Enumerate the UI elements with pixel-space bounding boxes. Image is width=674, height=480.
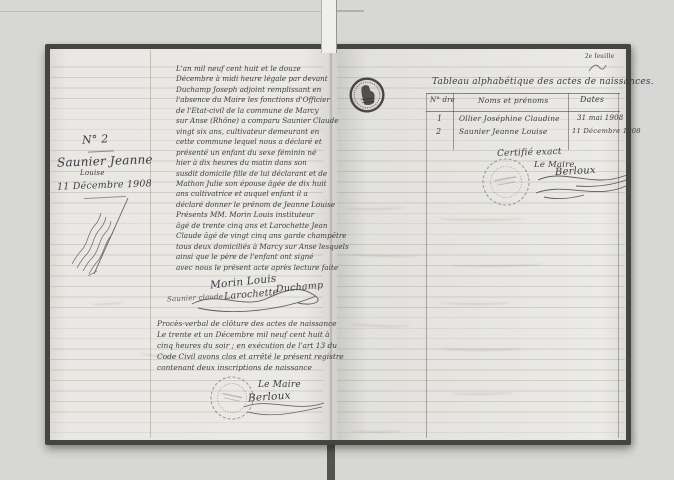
- margin-act-number: N° 2: [82, 132, 109, 146]
- acte-line: ainsi que le père de l'enfant ont signé: [176, 252, 349, 262]
- acte-line: Duchamp Joseph adjoint remplissant en: [176, 85, 349, 95]
- acte-line: hier à dix heures du matin dans son: [176, 158, 349, 168]
- sheet-paraph: [588, 62, 608, 73]
- scanner-seam-left: [0, 11, 322, 12]
- acte-line: susdit domicile fille de lui déclarant e…: [176, 169, 349, 179]
- mairie-stamp-left: [204, 370, 261, 427]
- proces-verbal-block: Procès-verbal de clôture des actes de na…: [157, 319, 344, 374]
- table-row1-date: 31 mai 1908: [577, 114, 623, 122]
- table-row1-name: Ollier Joséphine Claudine: [459, 114, 560, 123]
- acte-line: déclaré donner le prénom de Jeanne Louis…: [176, 200, 349, 210]
- acte-line: Mathon Julie son épouse âgée de dix huit: [176, 179, 349, 189]
- acte-line: âgé de trente cinq ans et Larochette Jea…: [176, 221, 349, 231]
- table-right-line: [618, 93, 619, 438]
- acte-line: vingt six ans, cultivateur demeurant en: [176, 127, 349, 137]
- acte-line: présenté un enfant du sexe féminin né: [176, 148, 349, 158]
- acte-line: ans cultivatrice et auquel enfant il a: [176, 189, 349, 199]
- scanner-seam-right: [336, 10, 364, 12]
- left-le-maire-label: Le Maire: [258, 380, 301, 390]
- table-header-line: [426, 111, 620, 112]
- table-row2-date: 11 Décembre 1908: [572, 127, 641, 135]
- table-row2-name: Saunier Jeanne Louise: [459, 127, 547, 136]
- acte-text-block: L'an mil neuf cent huit et le douze Déce…: [176, 64, 349, 273]
- table-header-num: N° dre: [430, 96, 455, 104]
- acte-line: cette commune lequel nous a déclaré et: [176, 137, 349, 147]
- spine-tab-bottom: [327, 444, 335, 480]
- bleed-mark: [440, 300, 510, 305]
- acte-line: sur Anse (Rhône) a comparu Saunier Claud…: [176, 116, 349, 126]
- acte-line: avec nous le présent acte après lecture …: [176, 263, 349, 273]
- table-row2-num: 2: [436, 127, 441, 136]
- table-top-line: [426, 93, 620, 94]
- acte-line: L'an mil neuf cent huit et le douze: [176, 64, 349, 74]
- acte-line: de l'Etat-civil de la commune de Marcy: [176, 106, 349, 116]
- acte-line: Présents MM. Morin Louis instituteur: [176, 210, 349, 220]
- pv-line: Procès-verbal de clôture des actes de na…: [157, 319, 344, 330]
- pv-line: Le trente et un Décembre mil neuf cent h…: [157, 330, 344, 341]
- acte-line: tous deux domiciliés à Marcy sur Anse le…: [176, 242, 349, 252]
- table-left-line: [426, 93, 427, 438]
- diagonal-margin-note: [58, 192, 144, 278]
- pv-line: contenant deux inscriptions de naissance: [157, 363, 344, 374]
- right-mayor-flourish: [534, 170, 632, 200]
- bleed-mark: [440, 216, 522, 221]
- bleed-mark: [442, 346, 522, 351]
- acte-line: Claude âgé de vingt cinq ans garde champ…: [176, 231, 349, 241]
- spine-tab-top: [321, 0, 337, 53]
- republique-medallion-stamp: [346, 74, 389, 117]
- table-header-names: Noms et prénoms: [478, 96, 548, 105]
- left-page-margin-rule: [150, 50, 151, 438]
- bleed-mark: [350, 428, 402, 433]
- table-row1-num: 1: [437, 114, 442, 123]
- pv-line: Code Civil avons clos et arrêté le prése…: [157, 352, 344, 363]
- acte-line: l'absence du Maire les fonctions d'Offic…: [176, 95, 349, 105]
- sheet-number-label: 2e feuille: [585, 52, 614, 60]
- register-scan: N° 2 Saunier Jeanne Louise 11 Décembre 1…: [0, 0, 674, 480]
- table-title: Tableau alphabétique des actes de naissa…: [432, 77, 654, 87]
- table-col2-line: [568, 93, 569, 150]
- pv-line: cinq heures du soir ; en exécution de l'…: [157, 341, 344, 352]
- mairie-stamp-right: [476, 152, 536, 212]
- table-header-dates: Dates: [580, 95, 604, 104]
- signature-flourish-left: [188, 286, 320, 312]
- margin-child-name-2: Louise: [80, 169, 105, 177]
- acte-line: Décembre à midi heure légale par devant: [176, 74, 349, 84]
